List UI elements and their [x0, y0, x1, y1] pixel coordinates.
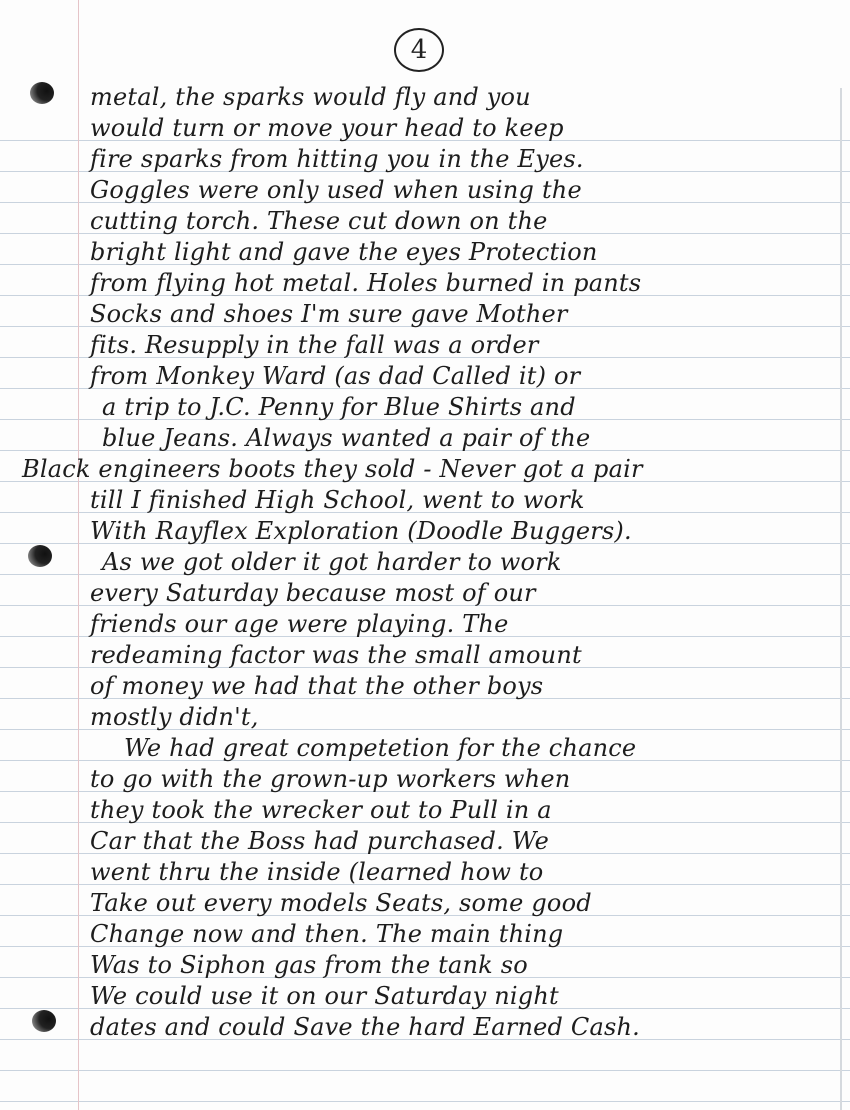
handwritten-text: metal, the sparks would fly and youwould… — [0, 80, 850, 1041]
text-line: redeaming factor was the small amount — [0, 638, 850, 669]
text-line-content: mostly didn't, — [90, 702, 259, 733]
text-line: Car that the Boss had purchased. We — [0, 824, 850, 855]
text-line-content: With Rayflex Exploration (Doodle Buggers… — [90, 516, 632, 547]
text-line-content: dates and could Save the hard Earned Cas… — [90, 1012, 640, 1043]
text-line: Was to Siphon gas from the tank so — [0, 948, 850, 979]
text-line: of money we had that the other boys — [0, 669, 850, 700]
text-line: As we got older it got harder to work — [0, 545, 850, 576]
text-line: Black engineers boots they sold - Never … — [0, 452, 850, 483]
text-line-content: Change now and then. The main thing — [90, 919, 563, 950]
text-line-content: they took the wrecker out to Pull in a — [90, 795, 552, 826]
text-line: bright light and gave the eyes Protectio… — [0, 235, 850, 266]
text-line: to go with the grown-up workers when — [0, 762, 850, 793]
text-line-content: Black engineers boots they sold - Never … — [22, 454, 643, 485]
text-line: metal, the sparks would fly and you — [0, 80, 850, 111]
text-line-content: a trip to J.C. Penny for Blue Shirts and — [102, 392, 576, 423]
text-line: fits. Resupply in the fall was a order — [0, 328, 850, 359]
text-line-content: would turn or move your head to keep — [90, 113, 564, 144]
text-line: from flying hot metal. Holes burned in p… — [0, 266, 850, 297]
text-line-content: of money we had that the other boys — [90, 671, 543, 702]
text-line: every Saturday because most of our — [0, 576, 850, 607]
text-line: went thru the inside (learned how to — [0, 855, 850, 886]
text-line: With Rayflex Exploration (Doodle Buggers… — [0, 514, 850, 545]
text-line: dates and could Save the hard Earned Cas… — [0, 1010, 850, 1041]
page-number: 4 — [394, 28, 444, 72]
text-line-content: from flying hot metal. Holes burned in p… — [90, 268, 641, 299]
text-line-content: cutting torch. These cut down on the — [90, 206, 548, 237]
text-line: they took the wrecker out to Pull in a — [0, 793, 850, 824]
text-line: fire sparks from hitting you in the Eyes… — [0, 142, 850, 173]
text-line-content: went thru the inside (learned how to — [90, 857, 543, 888]
text-line-content: blue Jeans. Always wanted a pair of the — [102, 423, 590, 454]
text-line-content: Take out every models Seats, some good — [90, 888, 592, 919]
text-line: friends our age were playing. The — [0, 607, 850, 638]
text-line: cutting torch. These cut down on the — [0, 204, 850, 235]
text-line-content: from Monkey Ward (as dad Called it) or — [90, 361, 580, 392]
text-line-content: till I finished High School, went to wor… — [90, 485, 585, 516]
text-line: a trip to J.C. Penny for Blue Shirts and — [0, 390, 850, 421]
notebook-page: 4 metal, the sparks would fly and youwou… — [0, 0, 850, 1110]
text-line-content: to go with the grown-up workers when — [90, 764, 570, 795]
text-line: Take out every models Seats, some good — [0, 886, 850, 917]
text-line-content: every Saturday because most of our — [90, 578, 536, 609]
text-line: Goggles were only used when using the — [0, 173, 850, 204]
text-line: mostly didn't, — [0, 700, 850, 731]
text-line-content: Goggles were only used when using the — [90, 175, 582, 206]
text-line-content: bright light and gave the eyes Protectio… — [90, 237, 598, 268]
text-line-content: Socks and shoes I'm sure gave Mother — [90, 299, 568, 330]
text-line-content: We had great competetion for the chance — [124, 733, 636, 764]
text-line-content: We could use it on our Saturday night — [90, 981, 559, 1012]
text-line-content: Car that the Boss had purchased. We — [90, 826, 549, 857]
text-line-content: redeaming factor was the small amount — [90, 640, 582, 671]
text-line: from Monkey Ward (as dad Called it) or — [0, 359, 850, 390]
text-line-content: Was to Siphon gas from the tank so — [90, 950, 528, 981]
text-line-content: fits. Resupply in the fall was a order — [90, 330, 539, 361]
text-line: We could use it on our Saturday night — [0, 979, 850, 1010]
text-line: Change now and then. The main thing — [0, 917, 850, 948]
text-line-content: fire sparks from hitting you in the Eyes… — [90, 144, 584, 175]
text-line: till I finished High School, went to wor… — [0, 483, 850, 514]
text-line: We had great competetion for the chance — [0, 731, 850, 762]
text-line-content: friends our age were playing. The — [90, 609, 509, 640]
text-line: blue Jeans. Always wanted a pair of the — [0, 421, 850, 452]
text-line: would turn or move your head to keep — [0, 111, 850, 142]
text-line-content: As we got older it got harder to work — [102, 547, 562, 578]
text-line: Socks and shoes I'm sure gave Mother — [0, 297, 850, 328]
text-line-content: metal, the sparks would fly and you — [90, 82, 531, 113]
